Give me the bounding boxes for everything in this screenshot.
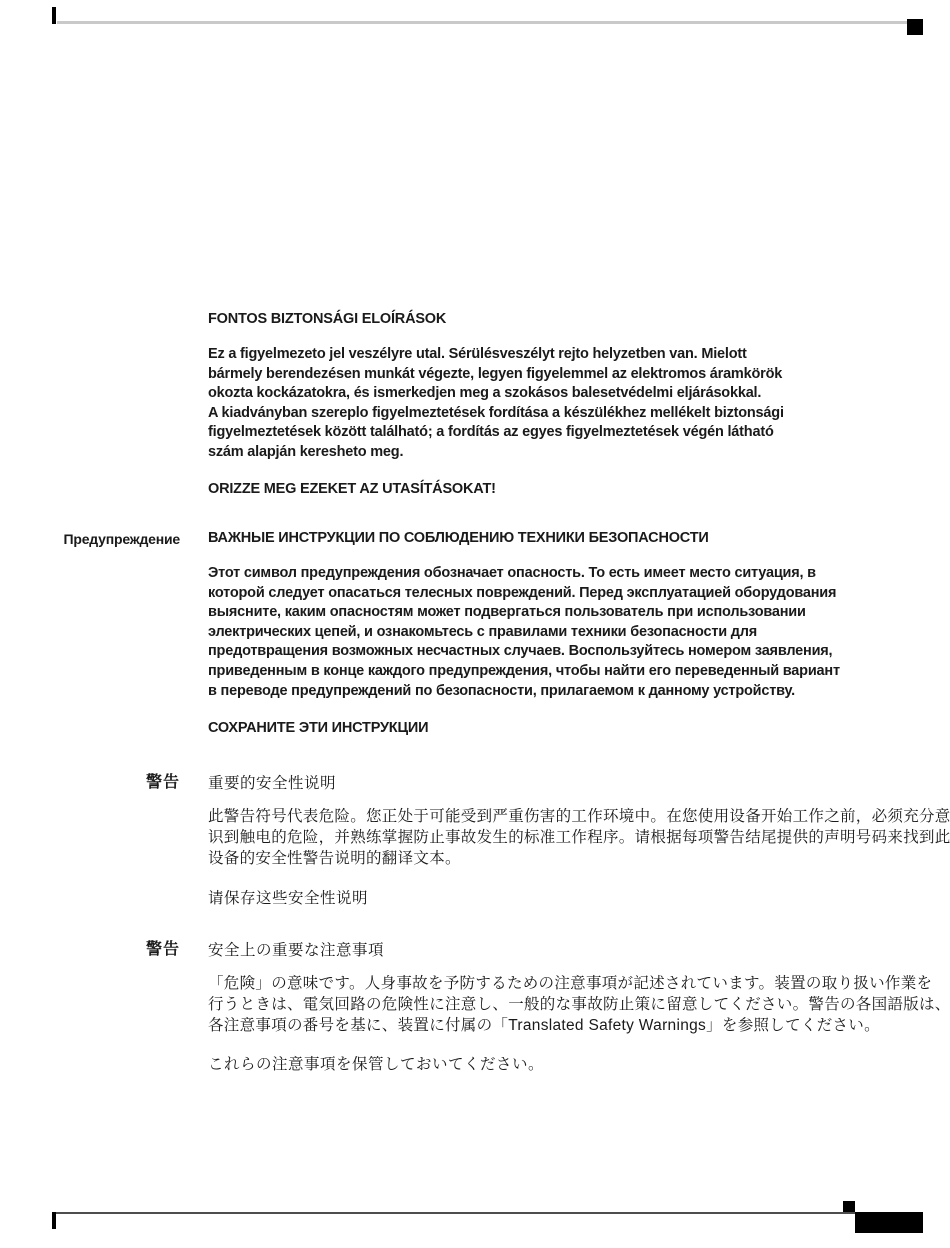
chinese-save-instruction: 请保存这些安全性说明 — [208, 886, 368, 908]
bottom-right-small-square — [843, 1201, 855, 1212]
bottom-left-crop-mark — [52, 1212, 56, 1229]
chinese-warning-label: 警告 — [40, 769, 180, 792]
hungarian-warning-paragraph: Ez a figyelmezeto jel veszélyre utal. Sé… — [208, 345, 784, 462]
japanese-warning-paragraph: 「危険」の意味です。人身事故を予防するための注意事項が記述されています。装置の取… — [208, 973, 950, 1036]
chinese-heading: 重要的安全性说明 — [208, 771, 336, 793]
japanese-save-instruction: これらの注意事項を保管しておいてください。 — [208, 1052, 544, 1074]
chinese-warning-paragraph: 此警告符号代表危险。您正处于可能受到严重伤害的工作环境中。在您使用设备开始工作之… — [208, 806, 950, 869]
russian-warning-paragraph: Этот символ предупреждения обозначает оп… — [208, 564, 840, 701]
hungarian-save-instruction: ORIZZE MEG EZEKET AZ UTASÍTÁSOKAT! — [208, 481, 496, 497]
japanese-warning-label: 警告 — [40, 936, 180, 959]
japanese-heading: 安全上の重要な注意事項 — [208, 938, 384, 960]
bottom-rule — [52, 1212, 855, 1214]
hungarian-heading: FONTOS BIZTONSÁGI ELOÍRÁSOK — [208, 311, 446, 327]
document-page: FONTOS BIZTONSÁGI ELOÍRÁSOK Ez a figyelm… — [0, 0, 950, 1248]
top-rule — [57, 21, 907, 24]
top-left-crop-mark — [52, 7, 56, 24]
bottom-right-page-tab — [855, 1212, 923, 1233]
russian-warning-label: Предупреждение — [40, 531, 180, 547]
russian-heading: ВАЖНЫЕ ИНСТРУКЦИИ ПО СОБЛЮДЕНИЮ ТЕХНИКИ … — [208, 530, 709, 546]
russian-save-instruction: СОХРАНИТЕ ЭТИ ИНСТРУКЦИИ — [208, 720, 428, 736]
top-right-corner-square — [907, 19, 923, 35]
